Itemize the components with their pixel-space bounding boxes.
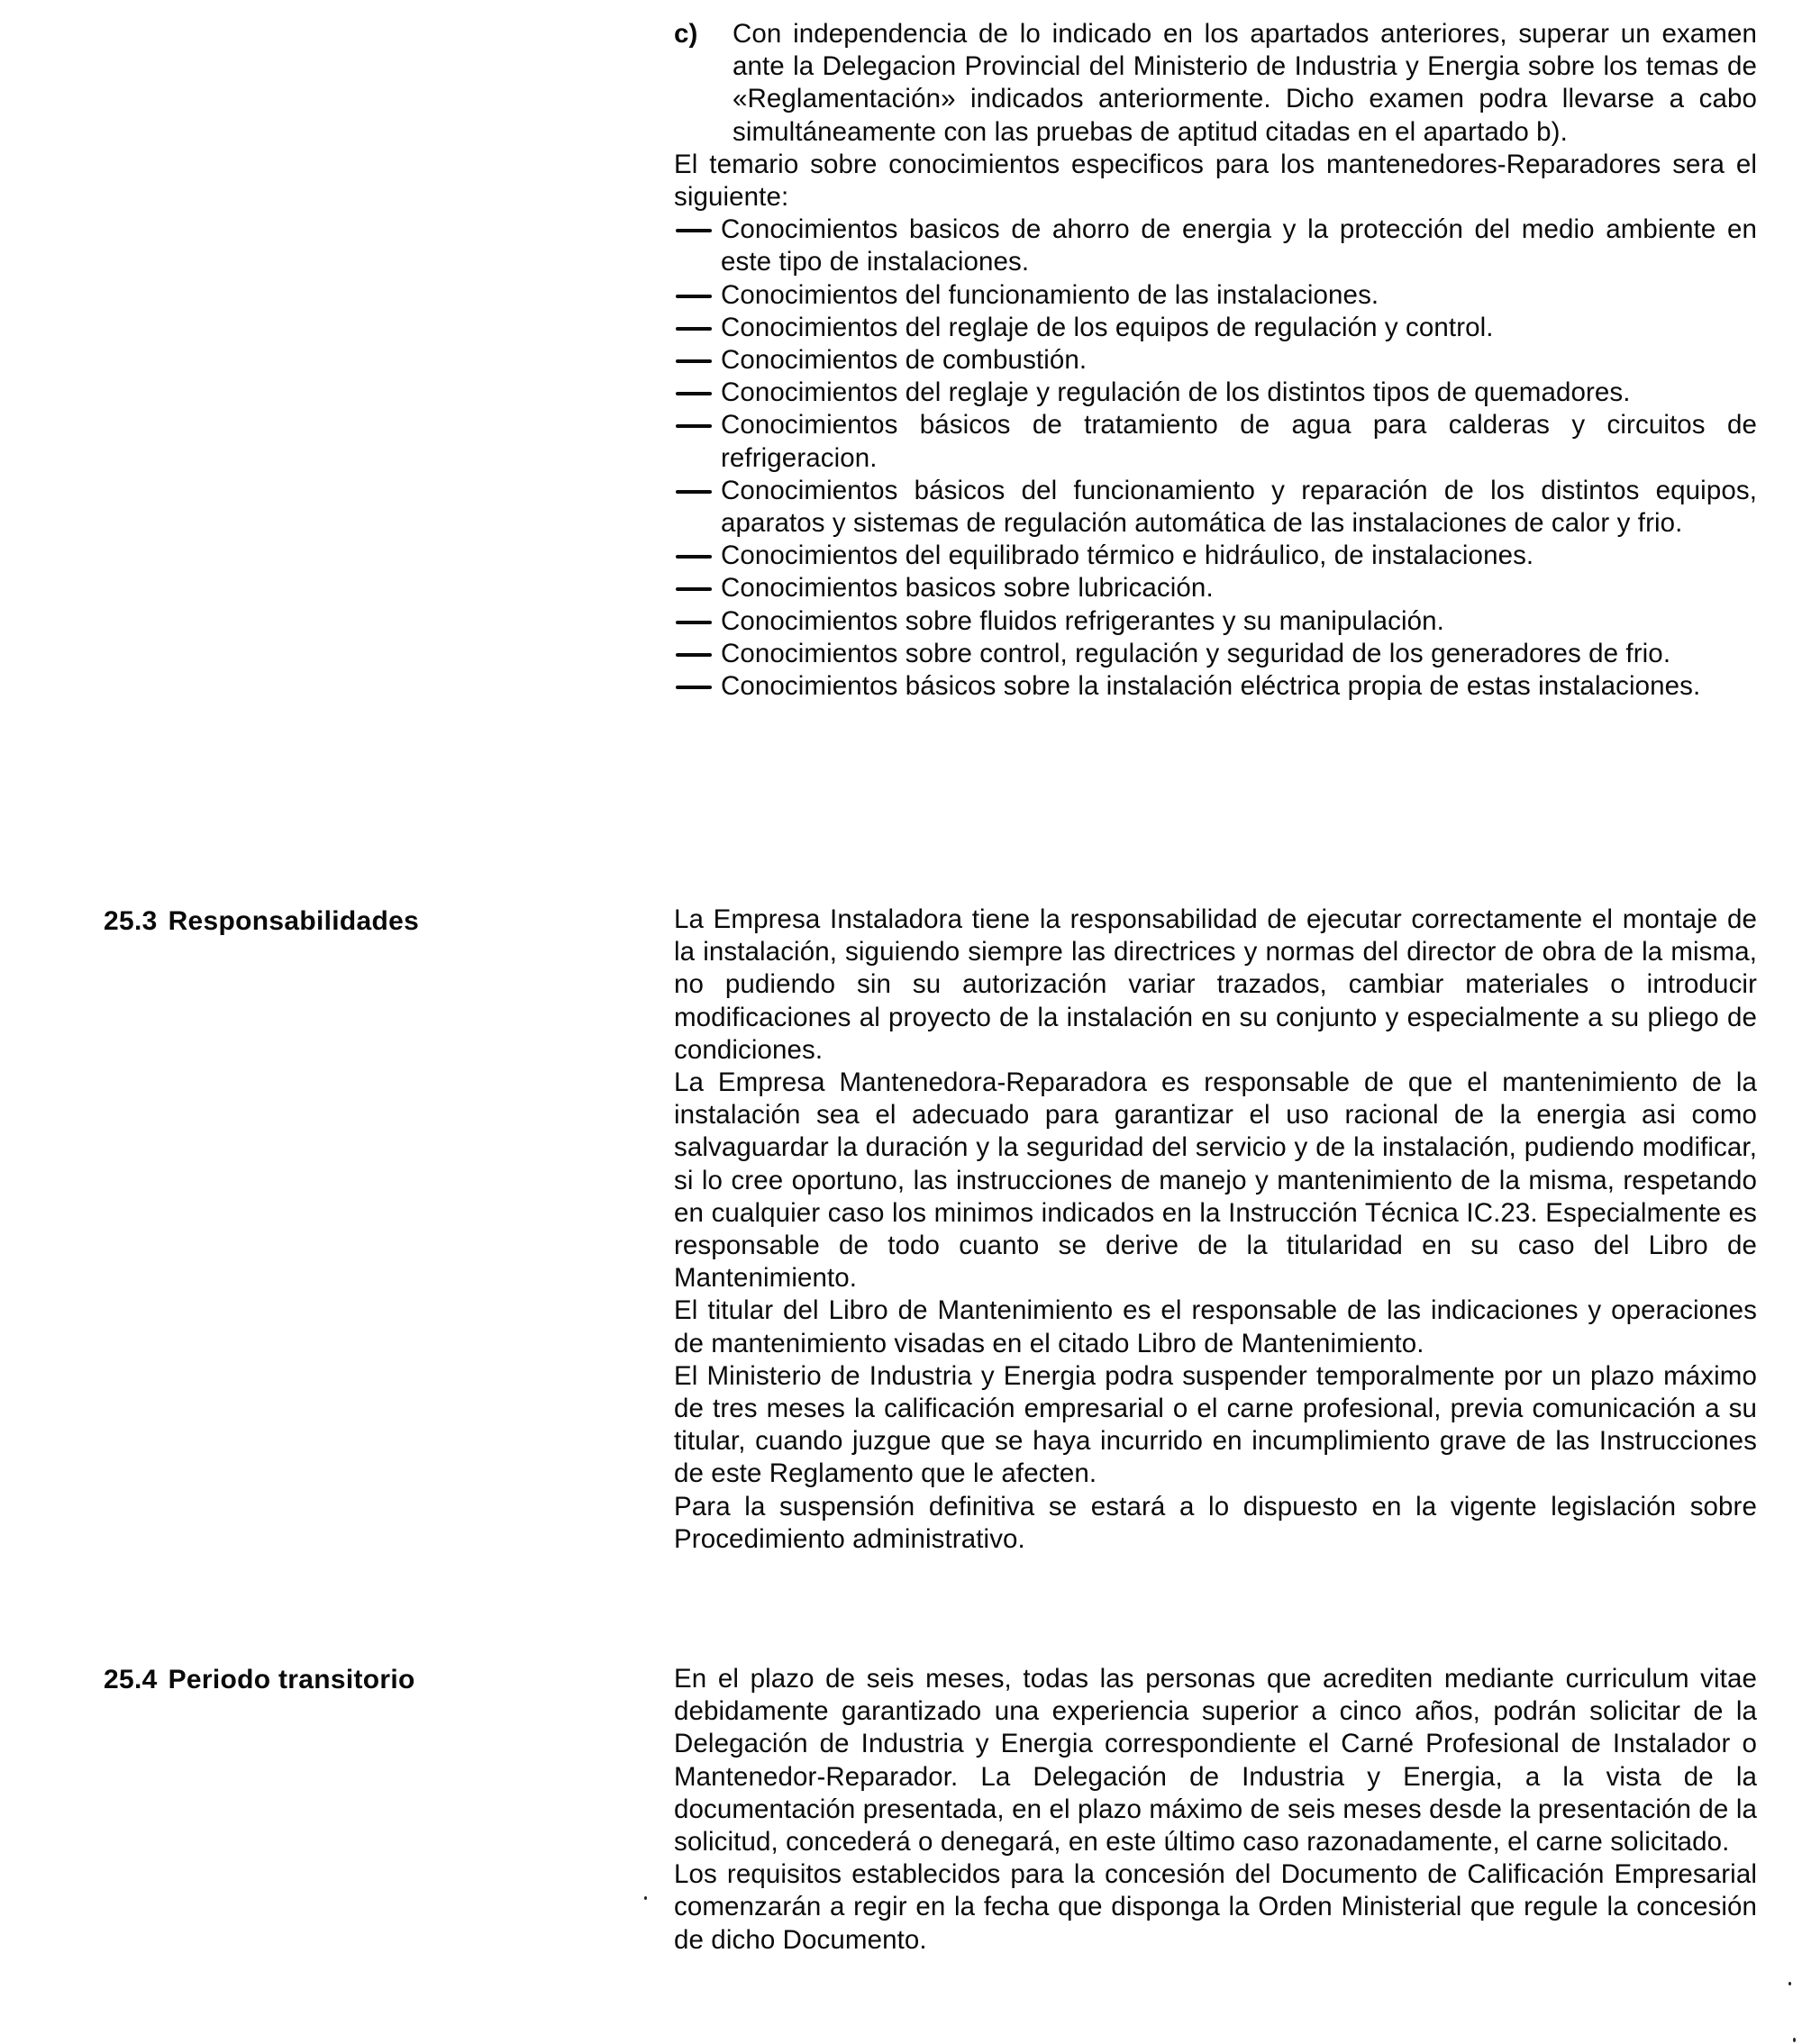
list-item: Conocimientos basicos de ahorro de energ… [674, 213, 1757, 278]
paragraph: El Ministerio de Industria y Energia pod… [674, 1360, 1757, 1491]
dash-bullet-icon [676, 295, 712, 298]
section-body-25-3: La Empresa Instaladora tiene la responsa… [674, 904, 1757, 1556]
paragraph: La Empresa Instaladora tiene la responsa… [674, 904, 1757, 1067]
requirements-block: c) Con independencia de lo indicado en l… [674, 18, 1757, 703]
list-item: Conocimientos básicos de tratamiento de … [674, 409, 1757, 474]
paragraph: Para la suspensión definitiva se estará … [674, 1491, 1757, 1556]
scan-speck [1701, 1304, 1704, 1309]
scan-speck [644, 1896, 647, 1900]
section-heading-25-4: 25.4Periodo transitorio [104, 1665, 415, 1695]
requirement-item-c: c) Con independencia de lo indicado en l… [674, 18, 1757, 149]
temario-list: Conocimientos basicos de ahorro de energ… [674, 213, 1757, 703]
list-item: Conocimientos sobre fluidos refrigerante… [674, 605, 1757, 638]
list-item: Conocimientos del reglaje de los equipos… [674, 312, 1757, 344]
dash-bullet-icon [676, 424, 712, 428]
scan-speck [1793, 2038, 1796, 2042]
paragraph: El titular del Libro de Mantenimiento es… [674, 1295, 1757, 1359]
dash-bullet-icon [676, 359, 712, 363]
section-number: 25.4 [104, 1665, 158, 1694]
paragraph: La Empresa Mantenedora-Reparadora es res… [674, 1067, 1757, 1295]
dash-bullet-icon [676, 229, 712, 232]
dash-bullet-icon [676, 392, 712, 395]
scan-speck [1788, 1982, 1791, 1985]
temario-intro: El temario sobre conocimientos especific… [674, 149, 1757, 213]
list-item: Conocimientos del reglaje y regulación d… [674, 377, 1757, 409]
dash-bullet-icon [676, 587, 712, 591]
list-item: Conocimientos del funcionamiento de las … [674, 279, 1757, 312]
list-item: Conocimientos básicos del funcionamiento… [674, 475, 1757, 540]
dash-bullet-icon [676, 490, 712, 494]
document-page: c) Con independencia de lo indicado en l… [0, 0, 1802, 2044]
dash-bullet-icon [676, 621, 712, 624]
dash-bullet-icon [676, 686, 712, 689]
section-body-25-4: En el plazo de seis meses, todas las per… [674, 1663, 1757, 1957]
list-item: Conocimientos básicos sobre la instalaci… [674, 670, 1757, 703]
dash-bullet-icon [676, 653, 712, 657]
dash-bullet-icon [676, 555, 712, 559]
paragraph: En el plazo de seis meses, todas las per… [674, 1663, 1757, 1858]
paragraph: Los requisitos establecidos para la conc… [674, 1858, 1757, 1957]
list-item: Conocimientos basicos sobre lubricación. [674, 572, 1757, 604]
list-item: Conocimientos del equilibrado térmico e … [674, 540, 1757, 572]
list-item: Conocimientos sobre control, regulación … [674, 638, 1757, 670]
section-title: Periodo transitorio [168, 1665, 415, 1694]
section-title: Responsabilidades [168, 906, 420, 936]
section-number: 25.3 [104, 906, 158, 936]
item-marker: c) [674, 18, 697, 50]
dash-bullet-icon [676, 327, 712, 331]
requirement-text: Con independencia de lo indicado en los … [733, 18, 1757, 149]
list-item: Conocimientos de combustión. [674, 344, 1757, 377]
section-heading-25-3: 25.3Responsabilidades [104, 906, 419, 937]
